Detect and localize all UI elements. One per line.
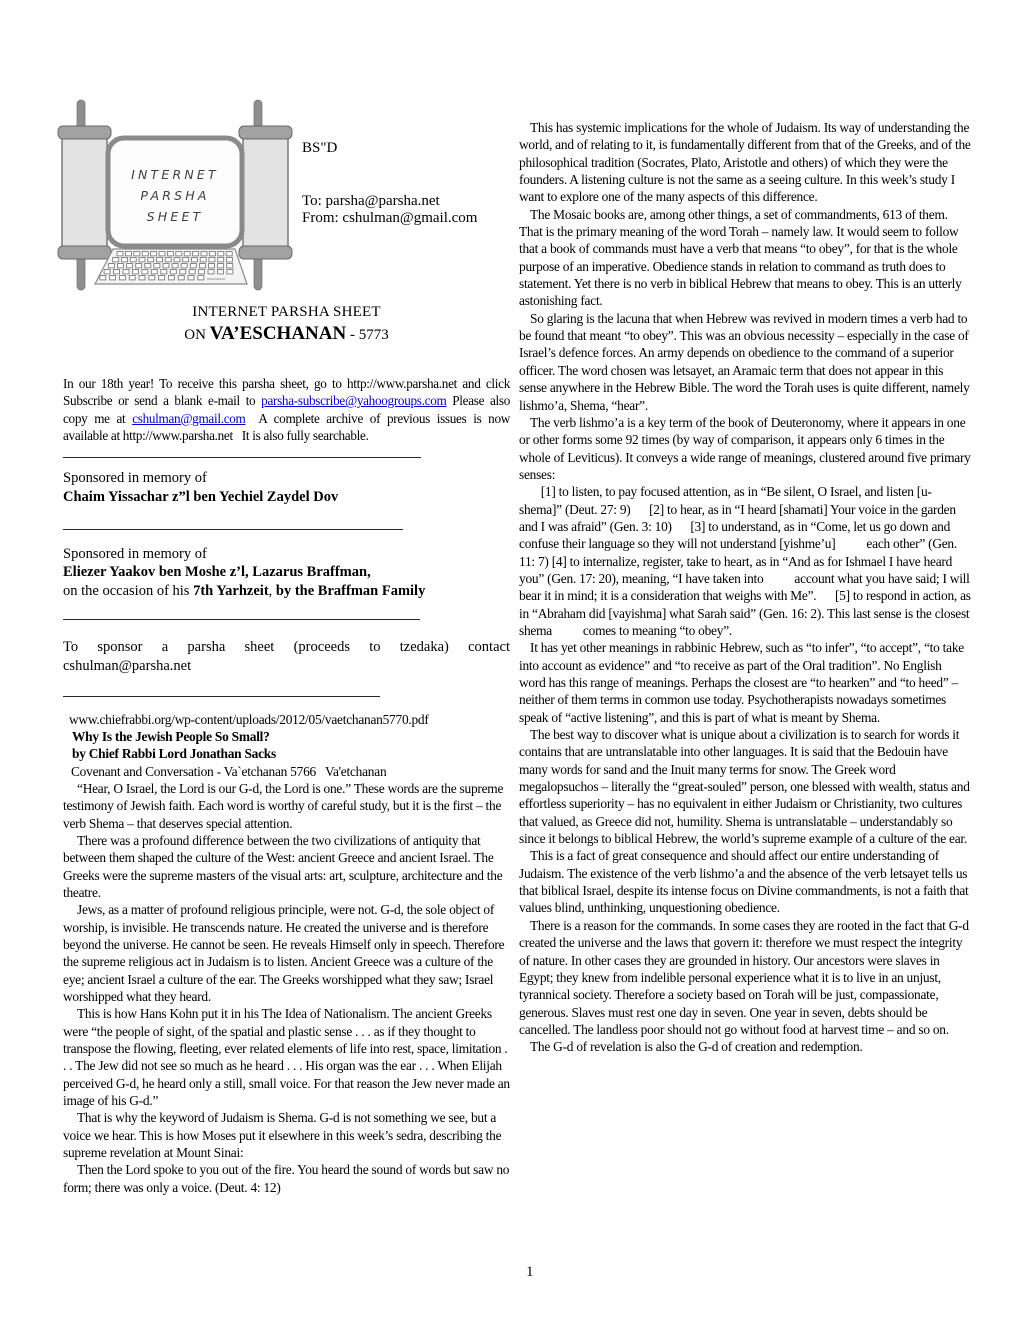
article-paragraph: So glaring is the lacuna that when Hebre… (519, 310, 971, 414)
article-subtitle: Covenant and Conversation - Va`etchanan … (63, 763, 510, 780)
to-line: To: parsha@parsha.net (302, 193, 477, 210)
masthead-addresses: BS"D To: parsha@parsha.net From: cshulma… (302, 140, 477, 227)
article-paragraph: This is a fact of great consequence and … (519, 847, 971, 916)
article-paragraph: The verb lishmo’a is a key term of the b… (519, 414, 971, 483)
article-paragraph: There was a profound difference between … (63, 832, 510, 901)
sponsor-name: Chaim Yissachar z”l ben Yechiel Zaydel D… (63, 488, 510, 507)
article-paragraph: It has yet other meanings in rabbinic He… (519, 639, 971, 726)
sponsor-contact-note: To sponsor a parsha sheet (proceeds to t… (63, 638, 510, 675)
sponsor-memorial-1: Sponsored in memory of Chaim Yissachar z… (63, 469, 510, 506)
page: INTERNET PARSHA SHEET BS"D To: parsha@pa… (0, 0, 1020, 1320)
sponsor-family: by the Braffman Family (276, 583, 425, 599)
article-paragraph: “Hear, O Israel, the Lord is our G-d, th… (63, 780, 510, 832)
article-paragraph: This is how Hans Kohn put it in his The … (63, 1005, 510, 1109)
section-divider (63, 619, 420, 620)
page-title-line2: ON VA’ESCHANAN - 5773 (63, 322, 510, 347)
section-divider (63, 457, 421, 458)
article-title: Why Is the Jewish People So Small? (63, 728, 510, 745)
from-line: From: cshulman@gmail.com (302, 210, 477, 227)
article-source-url: www.chiefrabbi.org/wp-content/uploads/20… (63, 711, 510, 728)
subscribe-email-link[interactable]: parsha-subscribe@yahoogroups.com (261, 393, 446, 408)
title-prefix: ON (184, 327, 209, 343)
svg-text:SHEET: SHEET (147, 209, 204, 224)
parsha-name: VA’ESCHANAN (210, 323, 347, 344)
bsd-label: BS"D (302, 140, 477, 157)
yarhzeit-text: 7th Yarhzeit (193, 583, 269, 599)
article-paragraph: There is a reason for the commands. In s… (519, 917, 971, 1038)
sponsor-label: Sponsored in memory of (63, 469, 510, 488)
article-paragraph: The Mosaic books are, among other things… (519, 206, 971, 310)
svg-text:PARSHA: PARSHA (140, 188, 209, 203)
occasion-text: on the occasion of his (63, 583, 193, 599)
copy-me-email-link[interactable]: cshulman@gmail.com (132, 411, 245, 426)
sponsor-memorial-2: Sponsored in memory of Eliezer Yaakov be… (63, 545, 510, 601)
page-title-line1: INTERNET PARSHA SHEET (63, 303, 510, 322)
article-paragraph: This has systemic implications for the w… (519, 119, 971, 206)
page-title: INTERNET PARSHA SHEET ON VA’ESCHANAN - 5… (63, 303, 510, 347)
right-column: This has systemic implications for the w… (519, 119, 971, 1056)
article-paragraph: The best way to discover what is unique … (519, 726, 971, 847)
masthead: INTERNET PARSHA SHEET BS"D To: parsha@pa… (63, 98, 510, 298)
article-paragraph-senses-list: [1] to listen, to pay focused attention,… (519, 483, 971, 639)
sponsor-occasion: on the occasion of his 7th Yarhzeit, by … (63, 582, 510, 601)
section-divider (63, 529, 403, 530)
title-suffix: - 5773 (346, 327, 389, 343)
section-divider (63, 696, 380, 697)
torah-scroll-computer-logo-icon: INTERNET PARSHA SHEET (57, 98, 294, 298)
article-paragraph: Jews, as a matter of profound religious … (63, 901, 510, 1005)
article-paragraph: Then the Lord spoke to you out of the fi… (63, 1161, 510, 1196)
article-byline: by Chief Rabbi Lord Jonathan Sacks (63, 745, 510, 762)
sponsor-label: Sponsored in memory of (63, 545, 510, 564)
article: www.chiefrabbi.org/wp-content/uploads/20… (63, 711, 510, 1197)
article-paragraph: That is why the keyword of Judaism is Sh… (63, 1109, 510, 1161)
svg-text:INTERNET: INTERNET (131, 167, 219, 182)
sponsor-name: Eliezer Yaakov ben Moshe z’l, Lazarus Br… (63, 563, 510, 582)
subscription-note: In our 18th year! To receive this parsha… (63, 375, 510, 444)
article-paragraph: The G-d of revelation is also the G-d of… (519, 1038, 971, 1055)
page-number: 1 (526, 1264, 534, 1281)
left-column: INTERNET PARSHA SHEET BS"D To: parsha@pa… (63, 0, 510, 1196)
occasion-text: , (269, 583, 276, 599)
